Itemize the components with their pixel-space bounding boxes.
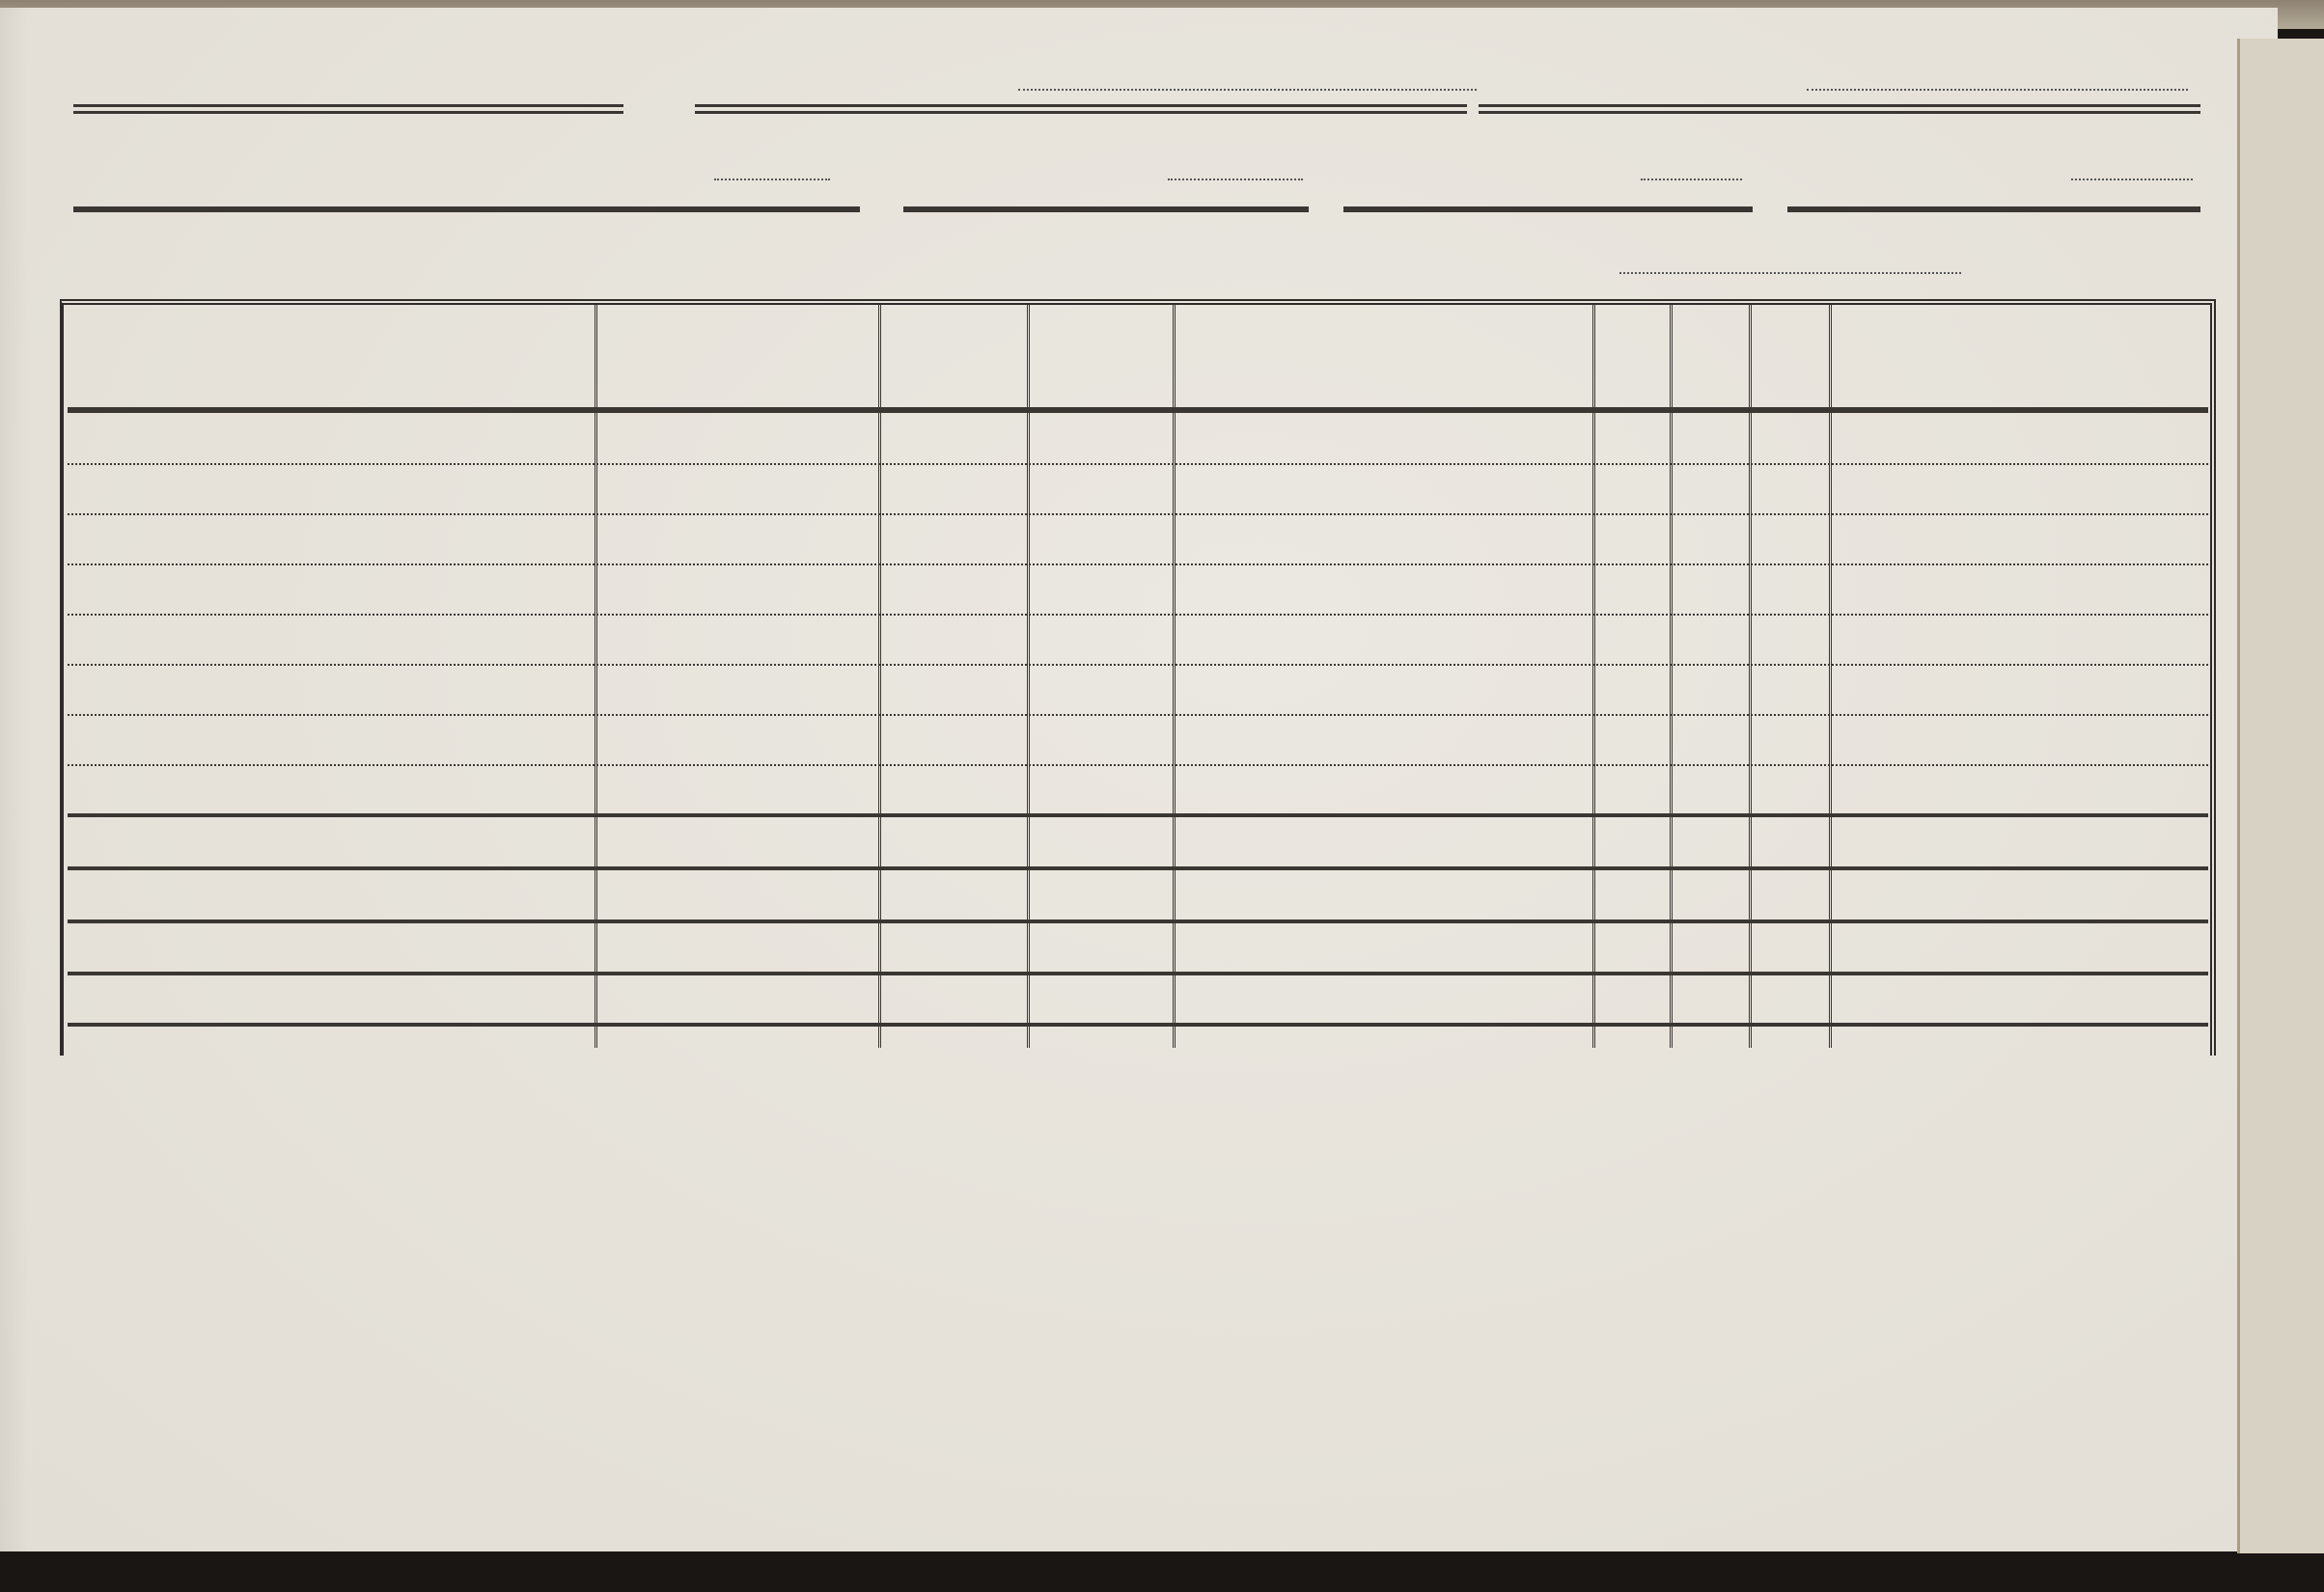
row-rule [68, 664, 2208, 666]
rule [73, 206, 860, 212]
electores-field [2071, 178, 2193, 180]
column-divider [595, 305, 597, 1048]
row-rule [68, 513, 2208, 515]
row-rule [68, 1023, 2208, 1027]
row-rule [68, 614, 2208, 616]
concejales-field [1619, 272, 1961, 274]
dotted-line [1807, 89, 2188, 91]
vecinos-field [714, 178, 830, 180]
col-header-leer [1673, 338, 1748, 343]
column-divider [1173, 305, 1176, 1048]
column-divider [1829, 305, 1832, 1048]
row-rule [68, 866, 2208, 870]
row-rule [68, 714, 2208, 716]
row-rule [68, 920, 2208, 923]
derecho-field [1641, 178, 1742, 180]
column-divider [1592, 305, 1595, 1048]
column-divider [878, 305, 881, 1048]
rule [73, 104, 623, 114]
rule [903, 206, 1309, 212]
header-rule [68, 407, 2208, 413]
col-header-escribir [1752, 338, 1829, 343]
page-edge [2237, 39, 2324, 1553]
column-divider [1749, 305, 1752, 1048]
rule [1479, 104, 2200, 114]
column-divider [1670, 305, 1673, 1048]
row-rule [68, 463, 2208, 465]
column-divider [1027, 305, 1030, 1048]
dotted-line [1018, 89, 1477, 91]
row-rule [68, 764, 2208, 766]
hecho-field [1168, 178, 1303, 180]
row-rule [68, 563, 2208, 565]
rule [1787, 206, 2200, 212]
rule [1343, 206, 1753, 212]
rule [695, 104, 1467, 114]
row-rule [68, 813, 2208, 817]
row-rule [68, 972, 2208, 975]
